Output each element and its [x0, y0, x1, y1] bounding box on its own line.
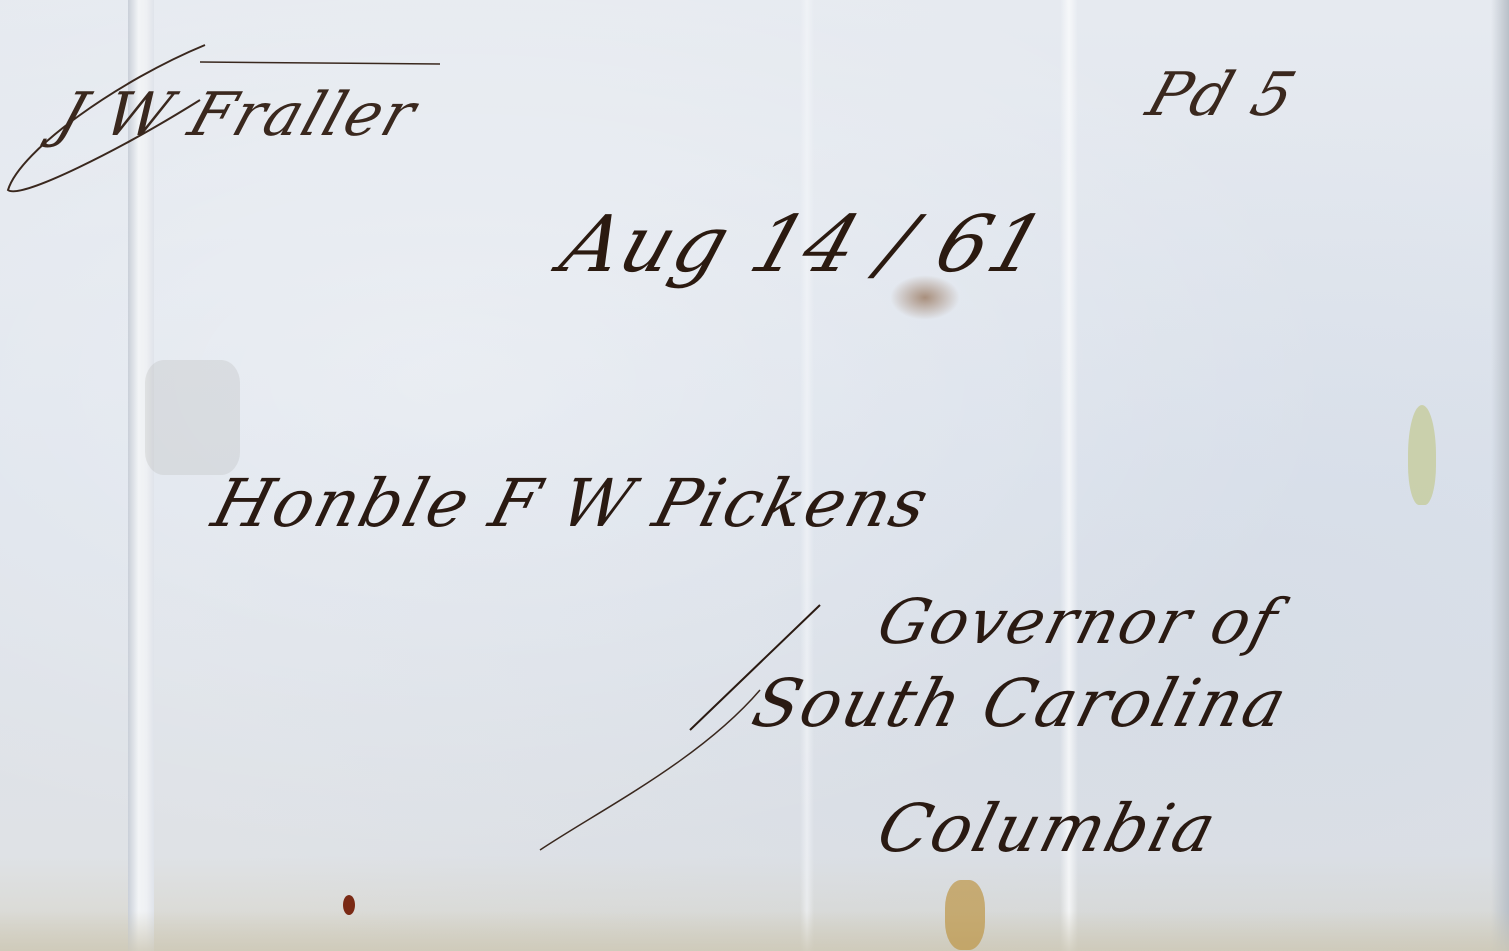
- sender-docket: J W Fraller: [49, 80, 426, 150]
- paper-edge-right: [1491, 0, 1509, 951]
- letter-cover: J W Fraller Pd 5 Aug 14 / 61 Honble F W …: [0, 0, 1509, 951]
- postage-note: Pd 5: [1139, 60, 1306, 130]
- address-line-city: Columbia: [870, 790, 1226, 867]
- address-line-state: South Carolina: [745, 665, 1296, 742]
- address-line-title: Governor of: [870, 585, 1287, 658]
- red-wax-dot: [343, 895, 355, 915]
- date-mark: Aug 14 / 61: [550, 200, 1057, 290]
- green-stain: [1408, 405, 1436, 505]
- seal-ghost-stain: [145, 360, 240, 475]
- wax-stain: [945, 880, 985, 950]
- paper-edge-bottom: [0, 911, 1509, 951]
- address-line-name: Honble F W Pickens: [205, 465, 938, 542]
